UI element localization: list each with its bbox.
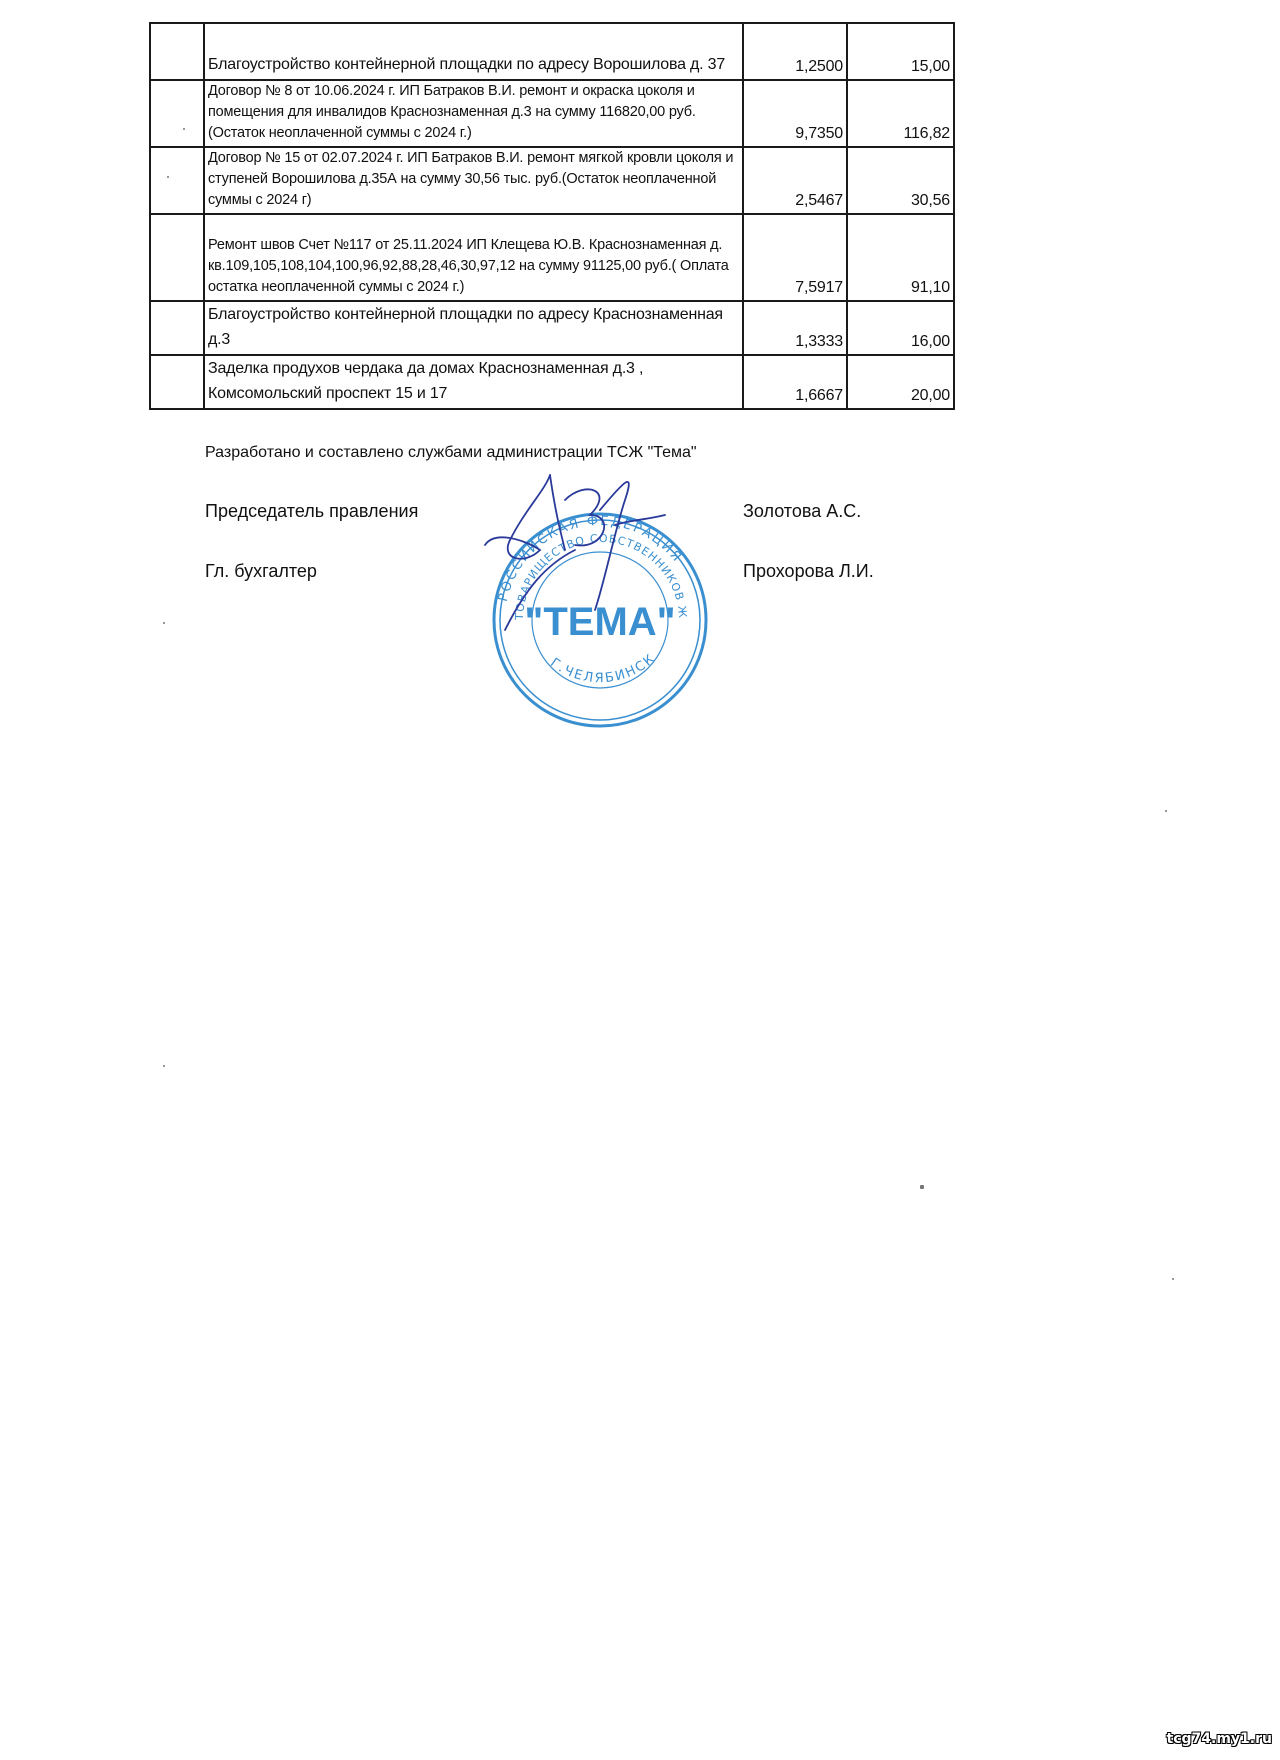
scan-speck: [163, 622, 165, 624]
rate-cell: 7,5917: [743, 214, 847, 301]
stamp-city-text: Г.ЧЕЛЯБИНСК: [547, 651, 659, 686]
signature-role: Председатель правления: [205, 501, 418, 522]
table-row: Ремонт швов Счет №117 от 25.11.2024 ИП К…: [150, 214, 954, 301]
rate-cell: 2,5467: [743, 147, 847, 214]
description-cell: Ремонт швов Счет №117 от 25.11.2024 ИП К…: [204, 214, 743, 301]
signature-name: Золотова А.С.: [743, 501, 861, 522]
table-row: Договор № 8 от 10.06.2024 г. ИП Батраков…: [150, 80, 954, 147]
description-cell: Заделка продухов чердака да домах Красно…: [204, 355, 743, 409]
rate-cell: 1,3333: [743, 301, 847, 355]
row-number-cell: [150, 80, 204, 147]
table-row: Благоустройство контейнерной площадки по…: [150, 301, 954, 355]
table-row: Заделка продухов чердака да домах Красно…: [150, 355, 954, 409]
scan-speck: [163, 1065, 165, 1067]
amount-cell: 15,00: [847, 23, 954, 80]
stamp-center-text: "ТЕМА": [524, 600, 675, 644]
rate-cell: 1,2500: [743, 23, 847, 80]
scan-speck: [183, 128, 185, 130]
organization-stamp: РОССИЙСКАЯ ФЕДЕРАЦИЯ ТОВАРИЩЕСТВО СОБСТВ…: [465, 470, 735, 730]
table-row: Договор № 15 от 02.07.2024 г. ИП Батрако…: [150, 147, 954, 214]
amount-cell: 91,10: [847, 214, 954, 301]
site-watermark: tcg74.my1.ru: [1167, 1731, 1272, 1747]
amount-cell: 20,00: [847, 355, 954, 409]
row-number-cell: [150, 147, 204, 214]
scan-speck: [167, 176, 169, 178]
row-number-cell: [150, 301, 204, 355]
description-cell: Договор № 15 от 02.07.2024 г. ИП Батрако…: [204, 147, 743, 214]
scan-speck: [920, 1185, 924, 1189]
scan-speck: [1172, 1278, 1174, 1280]
amount-cell: 16,00: [847, 301, 954, 355]
row-number-cell: [150, 214, 204, 301]
expense-table: Благоустройство контейнерной площадки по…: [149, 22, 955, 410]
description-cell: Договор № 8 от 10.06.2024 г. ИП Батраков…: [204, 80, 743, 147]
row-number-cell: [150, 23, 204, 80]
description-cell: Благоустройство контейнерной площадки по…: [204, 23, 743, 80]
amount-cell: 116,82: [847, 80, 954, 147]
signature-name: Прохорова Л.И.: [743, 561, 874, 582]
row-number-cell: [150, 355, 204, 409]
signature-role: Гл. бухгалтер: [205, 561, 317, 582]
table-row: Благоустройство контейнерной площадки по…: [150, 23, 954, 80]
scan-speck: [1165, 810, 1167, 812]
amount-cell: 30,56: [847, 147, 954, 214]
prepared-by-note: Разработано и составлено службами админи…: [205, 444, 697, 462]
rate-cell: 9,7350: [743, 80, 847, 147]
rate-cell: 1,6667: [743, 355, 847, 409]
description-cell: Благоустройство контейнерной площадки по…: [204, 301, 743, 355]
